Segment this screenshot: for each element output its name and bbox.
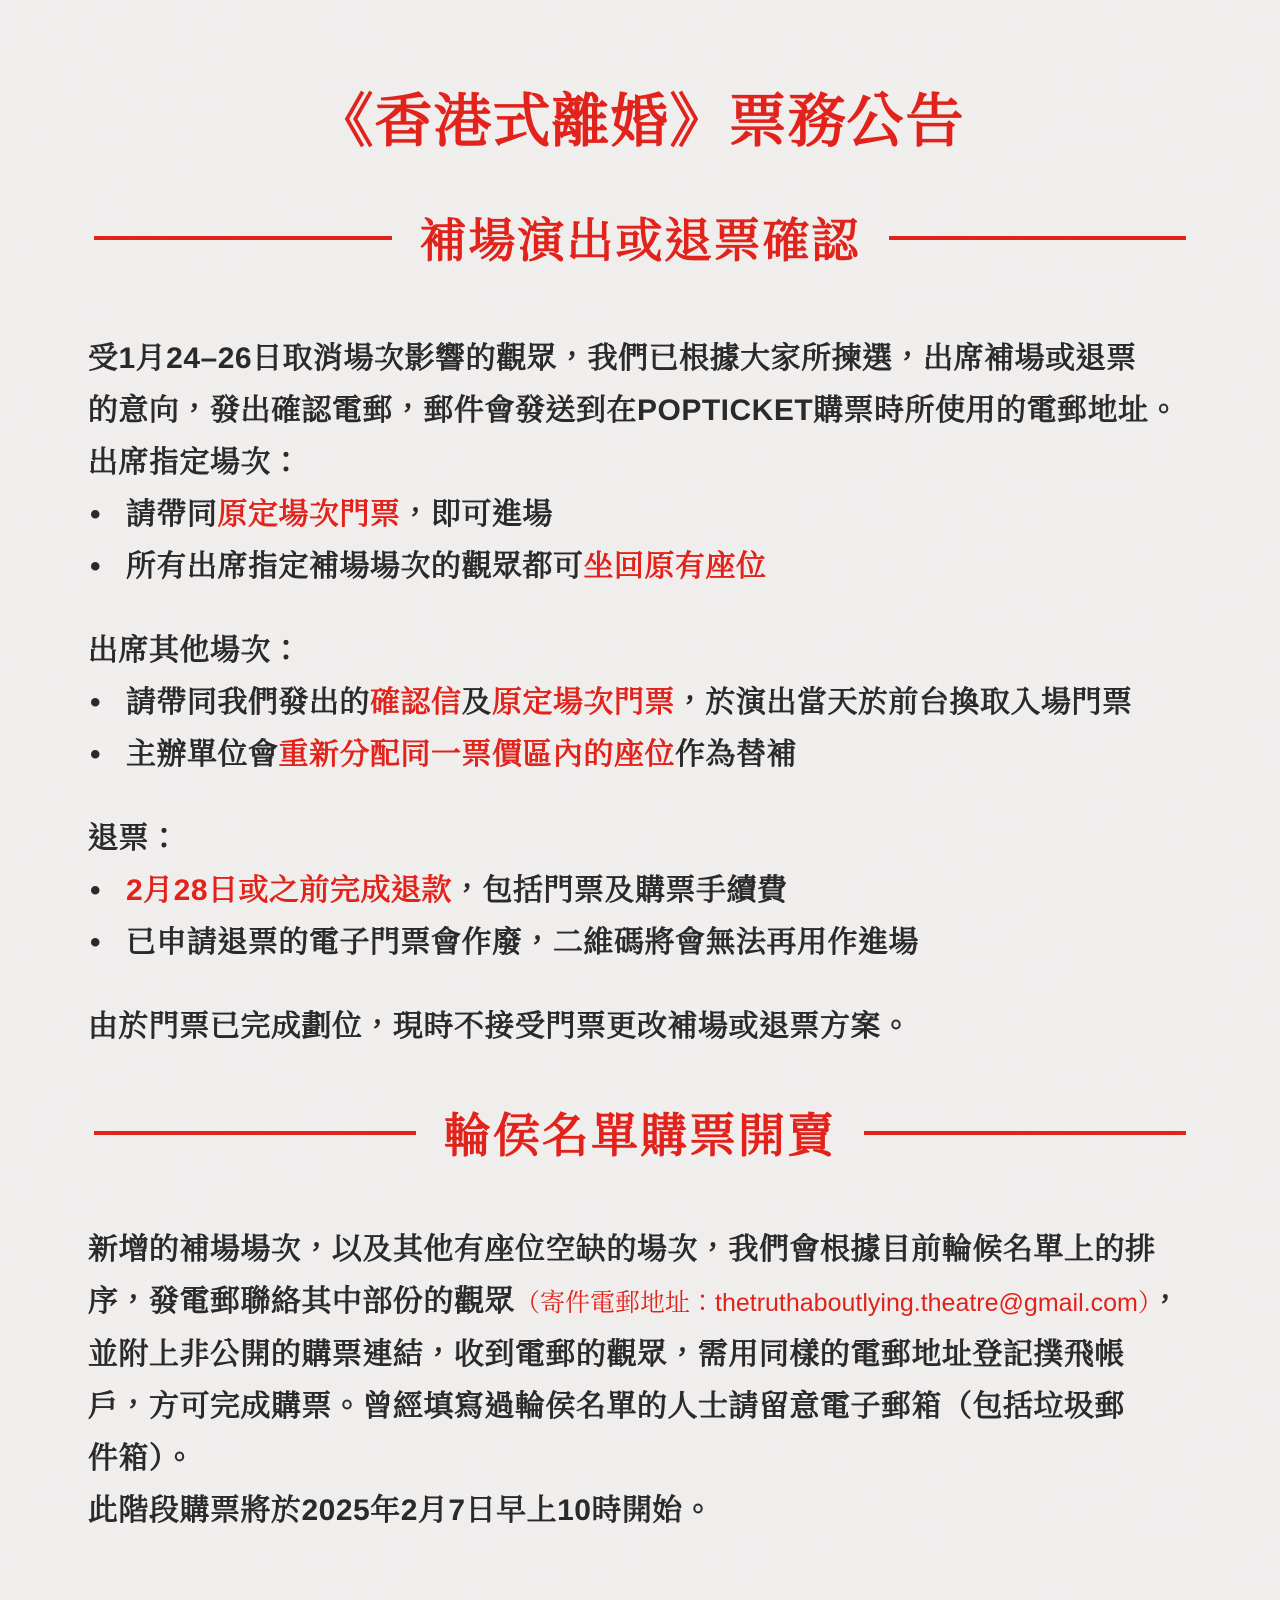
list-item: 所有出席指定補場場次的觀眾都可坐回原有座位 (88, 541, 1192, 593)
group-title: 出席其他場次： (88, 625, 1192, 677)
group-title: 出席指定場次： (88, 437, 1192, 489)
bullet-list: 請帶同原定場次門票，即可進場 所有出席指定補場場次的觀眾都可坐回原有座位 (88, 489, 1192, 593)
group-refund: 退票： 2月28日或之前完成退款，包括門票及購票手續費 已申請退票的電子門票會作… (88, 813, 1192, 969)
poster-content: 《香港式離婚》票務公告 補場演出或退票確認 受1月24–26日取消場次影響的觀眾… (0, 0, 1280, 1537)
list-item: 請帶同我們發出的確認信及原定場次門票，於演出當天於前台換取入場門票 (88, 677, 1192, 729)
list-item: 請帶同原定場次門票，即可進場 (88, 489, 1192, 541)
section-header-replacement-confirmation: 補場演出或退票確認 (94, 204, 1186, 271)
section-header-text: 輪侯名單購票開賣 (444, 1099, 836, 1166)
text-segment: 所有出席指定補場場次的觀眾都可 (126, 550, 584, 583)
section-header-text: 補場演出或退票確認 (420, 204, 861, 271)
group-attend-designated-show: 出席指定場次： 請帶同原定場次門票，即可進場 所有出席指定補場場次的觀眾都可坐回… (88, 437, 1192, 593)
text-segment: 坐回原有座位 (584, 550, 767, 583)
list-item: 已申請退票的電子門票會作廢，二維碼將會無法再用作進場 (88, 917, 1192, 969)
bullet-list: 請帶同我們發出的確認信及原定場次門票，於演出當天於前台換取入場門票 主辦單位會重… (88, 677, 1192, 781)
text-segment: 重新分配同一票價區內的座位 (279, 738, 676, 771)
text-segment: 作為替補 (675, 738, 797, 771)
text-segment: 已申請退票的電子門票會作廢，二維碼將會無法再用作進場 (126, 926, 919, 959)
text-segment: 2月28日或之前完成退款 (126, 874, 452, 907)
ticket-announcement-poster: 《香港式離婚》票務公告 補場演出或退票確認 受1月24–26日取消場次影響的觀眾… (0, 0, 1280, 1600)
group-attend-other-show: 出席其他場次： 請帶同我們發出的確認信及原定場次門票，於演出當天於前台換取入場門… (88, 625, 1192, 781)
list-item: 2月28日或之前完成退款，包括門票及購票手續費 (88, 865, 1192, 917)
section-header-waitlist-sale: 輪侯名單購票開賣 (94, 1099, 1186, 1166)
text-segment: ，即可進場 (401, 498, 554, 531)
header-rule-right (889, 236, 1187, 240)
header-rule-left (94, 236, 392, 240)
intro-paragraph: 受1月24–26日取消場次影響的觀眾，我們已根據大家所揀選，出席補場或退票 的意… (88, 333, 1192, 437)
header-rule-left (94, 1131, 416, 1135)
page-title: 《香港式離婚》票務公告 (88, 88, 1192, 156)
text-segment: 原定場次門票 (218, 498, 401, 531)
text-segment: 及 (462, 686, 493, 719)
sender-email-note: （寄件電郵地址：thetruthaboutlying.theatre@gmail… (515, 1289, 1150, 1317)
header-rule-right (864, 1131, 1186, 1135)
sale-start-note: 此階段購票將於2025年2月7日早上10時開始。 (88, 1485, 1192, 1537)
bullet-list: 2月28日或之前完成退款，包括門票及購票手續費 已申請退票的電子門票會作廢，二維… (88, 865, 1192, 969)
policy-note: 由於門票已完成劃位，現時不接受門票更改補場或退票方案。 (88, 1001, 1192, 1053)
text-segment: 確認信 (370, 686, 462, 719)
list-item: 主辦單位會重新分配同一票價區內的座位作為替補 (88, 729, 1192, 781)
group-title: 退票： (88, 813, 1192, 865)
text-segment: 主辦單位會 (126, 738, 279, 771)
text-segment: 請帶同我們發出的 (126, 686, 370, 719)
text-segment: 請帶同 (126, 498, 218, 531)
waitlist-paragraph: 新增的補場場次，以及其他有座位空缺的場次，我們會根據目前輪候名單上的排 序，發電… (88, 1224, 1192, 1485)
text-segment: 原定場次門票 (492, 686, 675, 719)
text-segment: ，包括門票及購票手續費 (452, 874, 788, 907)
text-segment: ，於演出當天於前台換取入場門票 (675, 686, 1133, 719)
